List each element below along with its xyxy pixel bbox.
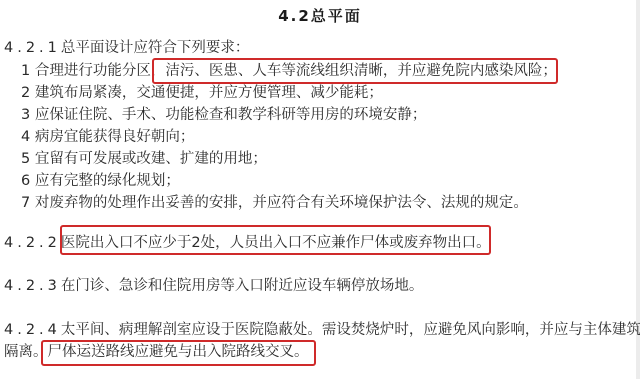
list-item-7: 7 对废弃物的处理作出妥善的安排，并应符合有关环境保护法令、法规的规定。: [21, 193, 528, 213]
list-item-6: 6 应有完整的绿化规划；: [21, 171, 180, 191]
item-number: 1: [21, 63, 30, 79]
item-number: 2: [21, 85, 30, 101]
clause-number: 4.2.4: [4, 322, 61, 338]
clause-text: 在门诊、急诊和住院用房等入口附近应设车辆停放场地。: [61, 278, 424, 294]
item-number: 7: [21, 195, 30, 211]
clause-4-2-3: 4.2.3在门诊、急诊和住院用房等入口附近应设车辆停放场地。: [4, 276, 423, 296]
list-item-3: 3 应保证住院、手术、功能检查和教学科研等用房的环境安静；: [21, 105, 426, 125]
clause-text: 总平面设计应符合下列要求：: [61, 40, 250, 56]
item-text: 合理进行功能分区: [35, 63, 151, 79]
clause-text: 太平间、病理解剖室应设于医院隐蔽处。需设焚烧炉时，应避免风向影响，并应与主体建筑: [61, 322, 640, 338]
item-text: 应保证住院、手术、功能检查和教学科研等用房的环境安静；: [35, 107, 427, 123]
item-text: 病房宜能获得良好朝向；: [35, 129, 195, 145]
item-text: 建筑布局紧凑，交通便捷，并应方便管理、减少能耗；: [35, 85, 383, 101]
item-number: 6: [21, 173, 30, 189]
list-item-2: 2 建筑布局紧凑，交通便捷，并应方便管理、减少能耗；: [21, 83, 383, 103]
section-title: 4.2总平面: [0, 5, 640, 26]
list-item-4: 4 病房宜能获得良好朝向；: [21, 127, 194, 147]
list-item-5: 5 宜留有可发展或改建、扩建的用地；: [21, 149, 267, 169]
clause-4-2-1: 4.2.1总平面设计应符合下列要求：: [4, 38, 249, 58]
clause-number: 4.2.2: [4, 235, 61, 251]
clause-number: 4.2.1: [4, 40, 61, 56]
item-text: 应有完整的绿化规划；: [35, 173, 180, 189]
item-text: 宜留有可发展或改建、扩建的用地；: [35, 151, 267, 167]
clause-4-2-4: 4.2.4太平间、病理解剖室应设于医院隐蔽处。需设焚烧炉时，应避免风向影响，并应…: [4, 320, 640, 340]
highlight-box-1: [152, 58, 558, 84]
item-number: 4: [21, 129, 30, 145]
clause-number: 4.2.3: [4, 278, 61, 294]
highlight-box-3: [41, 340, 316, 366]
item-number: 5: [21, 151, 30, 167]
item-number: 3: [21, 107, 30, 123]
highlight-box-2: [60, 225, 491, 255]
item-text: 对废弃物的处理作出妥善的安排，并应符合有关环境保护法令、法规的规定。: [35, 195, 528, 211]
